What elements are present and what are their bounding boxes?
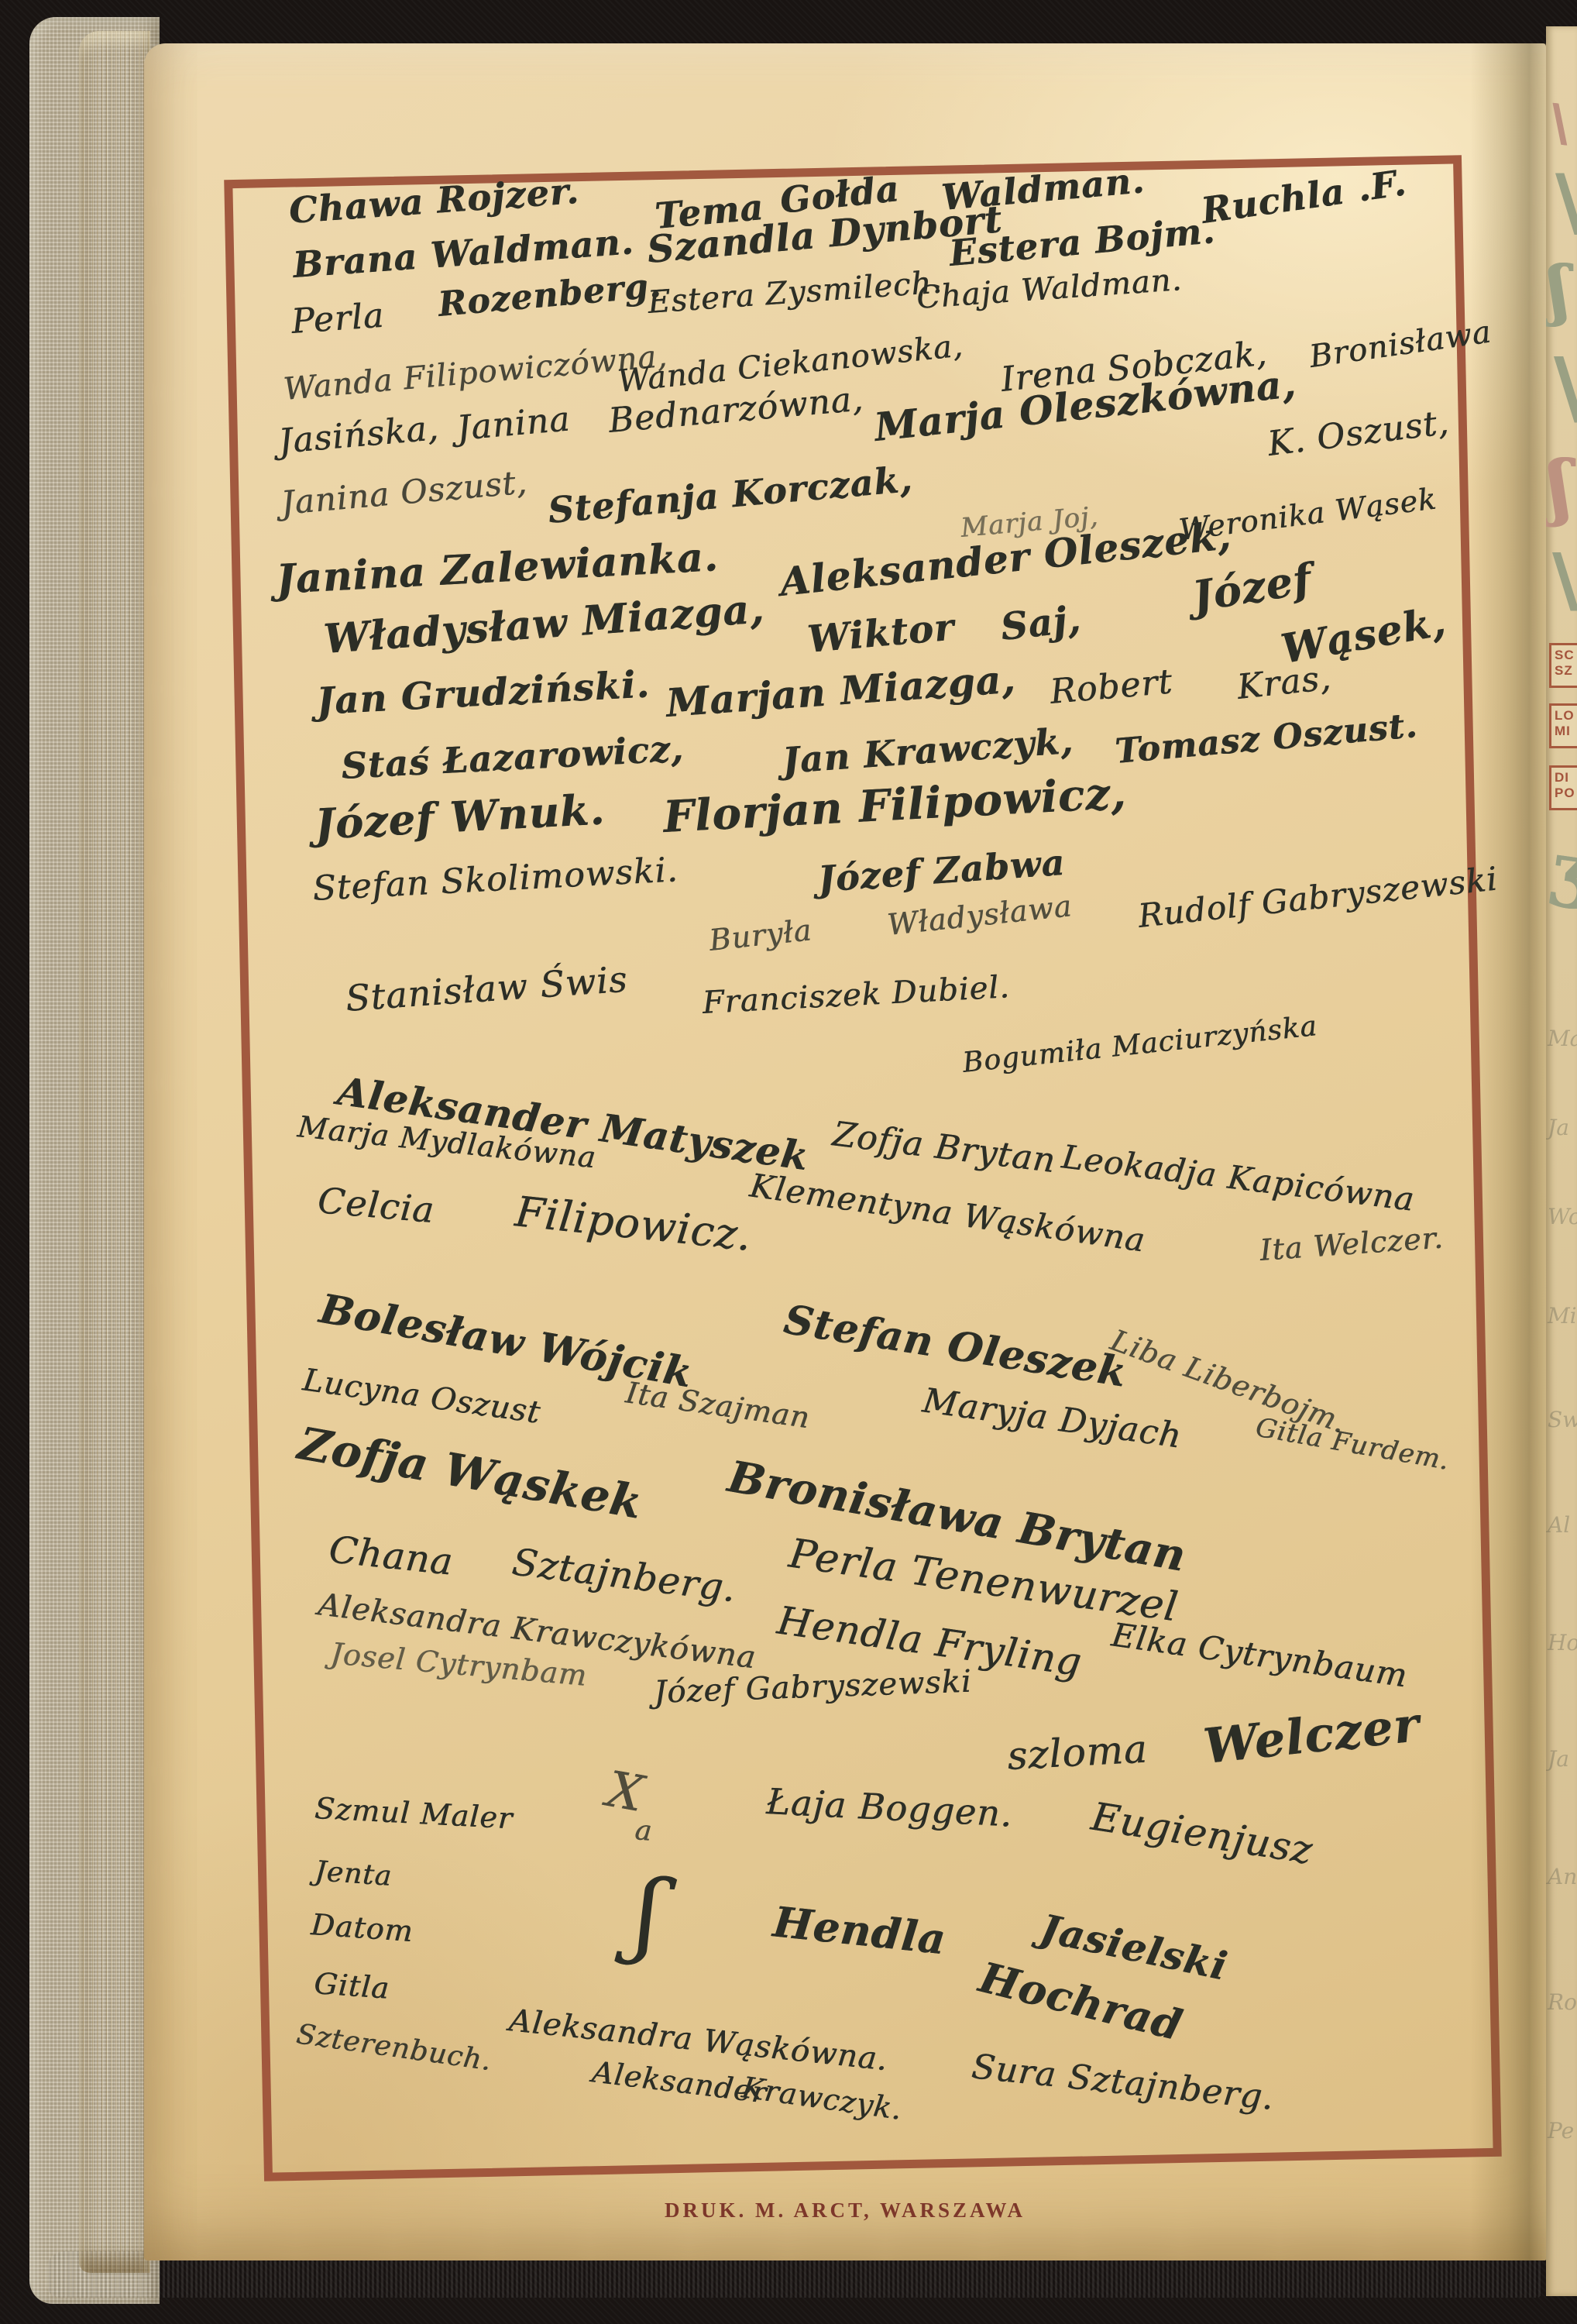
signature: Maryja Dyjach — [920, 1380, 1184, 1456]
signature: Ruchla .F. — [1198, 161, 1408, 232]
signature: Wanda Filipowiczówna, — [282, 339, 669, 407]
signature: Ita Welczer. — [1259, 1221, 1445, 1267]
signature: szloma — [1006, 1727, 1149, 1779]
signature: Józef Zabwa — [816, 841, 1067, 900]
signature: Jasińska, — [277, 408, 441, 462]
signature: Krawczyk. — [740, 2070, 905, 2126]
signature: Łaja Boggen. — [765, 1780, 1014, 1835]
signature: Leokadja Kapicówna — [1060, 1137, 1417, 1219]
signature: Florjan Filipowicz, — [662, 768, 1128, 843]
signature: Sztajnberg. — [510, 1540, 739, 1611]
signature: Ita Szajman — [624, 1375, 812, 1435]
signature: Franciszek Dubiel. — [702, 969, 1011, 1021]
signature: Tomasz Oszust. — [1114, 706, 1420, 772]
photograph-of-album-page: { "page": { "imprint": "DRUK. M. ARCT, W… — [0, 0, 1577, 2324]
signature: Robert — [1049, 662, 1174, 712]
signature: Celcia — [316, 1179, 436, 1231]
signature: Klementyna Wąskówna — [747, 1166, 1148, 1259]
signature: Sura Sztajnberg. — [970, 2047, 1276, 2118]
signature: Stefan Oleszek — [781, 1296, 1130, 1397]
signature: Stanisław Świs — [344, 958, 629, 1019]
signature: Gitla Furdem. — [1253, 1412, 1452, 1477]
signature: Szmul Maler — [314, 1791, 514, 1835]
signature: Aleksandra Wąskówna. — [507, 2003, 890, 2078]
signature: Marjan Miazga, — [665, 656, 1017, 726]
signature: Buryła — [707, 913, 813, 957]
signature: K. Oszust, — [1266, 403, 1452, 464]
signature: ʃ — [631, 1859, 665, 1968]
signature: Gitla — [313, 1966, 390, 2006]
signature: Welczer — [1201, 1696, 1422, 1775]
signature: Stefan Skolimowski. — [311, 850, 679, 909]
signature: Jenta — [314, 1855, 393, 1893]
signature: Józef Gabryszewski — [653, 1664, 972, 1710]
signature: Hendla — [771, 1896, 948, 1964]
signature: Rudolf Gabryszewski — [1136, 860, 1500, 935]
signature: Wiktor — [806, 606, 956, 662]
signature: Józef Wnuk. — [314, 784, 606, 849]
signature: Perla — [290, 296, 385, 342]
signature: Estera Zysmilech. — [647, 265, 943, 321]
signature: Elka Cytrynbaum — [1109, 1615, 1410, 1694]
signature: Bogumiła Maciurzyńska — [961, 1010, 1319, 1079]
signature: Bronisława — [1307, 315, 1494, 375]
signatures-layer: Chawa Rojzer.TemaGołdaWaldman.Ruchla .F.… — [0, 0, 1577, 2324]
signature: Datom — [310, 1907, 414, 1948]
signature: Zofja Wąskek — [294, 1417, 646, 1529]
signature: Jan Grudziński. — [315, 663, 651, 724]
signature: Kras, — [1235, 658, 1333, 707]
signature: Saj, — [998, 597, 1083, 649]
signature: Stefanja Korczak, — [546, 458, 914, 531]
signature: Janina — [455, 399, 572, 449]
signature: Rozenberg. — [437, 266, 663, 325]
signature: Chana — [327, 1528, 455, 1584]
signature: Staś Łazarowicz, — [340, 727, 685, 787]
signature: a — [634, 1814, 654, 1848]
signature: Lucyna Oszust — [301, 1362, 543, 1431]
signature: Chawa Rojzer. — [287, 170, 580, 232]
signature: Władysława — [885, 889, 1074, 942]
printer-imprint: DRUK. M. ARCT, WARSZAWA — [144, 2199, 1546, 2223]
signature: Szterenbuch. — [294, 2018, 493, 2077]
signature: Janina Oszust, — [280, 462, 529, 522]
signature: Eugienjusz — [1088, 1794, 1316, 1873]
signature: Józef — [1189, 554, 1315, 621]
signature: Zofja Brytan — [830, 1114, 1058, 1181]
signature: Filipowicz. — [513, 1187, 754, 1260]
